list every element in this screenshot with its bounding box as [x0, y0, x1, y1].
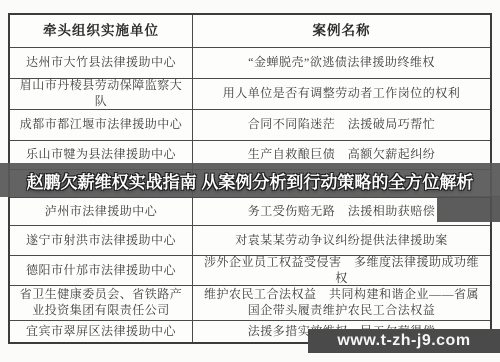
- org-cell: 德阳市什邡市法律援助中心: [10, 256, 193, 286]
- org-cell: 省卫生健康委员会、省铁路产业投资集团有限责任公司: [10, 286, 193, 321]
- org-cell: 达州市大竹县法律援助中心: [10, 48, 193, 79]
- case-name-cell: 维护农民工合法权益 共同构建和谐企业——省属国企带头履责维护农民工合法权益: [193, 286, 490, 321]
- watermark-badge: www.t-zh-j9.com: [308, 329, 500, 353]
- org-cell: 宜宾市翠屏区法律援助中心: [10, 321, 193, 342]
- case-name-cell: 用人单位是否有调整劳动者工作岗位的权利: [193, 79, 490, 110]
- table-header-org: 牵头组织实施单位: [10, 15, 193, 48]
- title-banner: 赵鹏欠薪维权实战指南 从案例分析到行动策略的全方位解析: [0, 163, 500, 197]
- case-name-cell: 对袁某某劳动争议纠纷提供法律援助案: [193, 226, 490, 256]
- page: 牵头组织实施单位 案例名称 达州市大竹县法律援助中心“金蝉脱壳”欲逃债法律援助终…: [0, 0, 500, 362]
- org-cell: 泸州市法律援助中心: [10, 198, 193, 226]
- org-cell: 成都市都江堰市法律援助中心: [10, 110, 193, 141]
- case-name-cell: 合同不同陷迷茫 法援破局巧帮忙: [193, 110, 490, 141]
- overlay-title-text: 赵鹏欠薪维权实战指南 从案例分析到行动策略的全方位解析: [27, 168, 474, 193]
- watermark-url-text: www.t-zh-j9.com: [337, 332, 470, 350]
- org-cell: 眉山市丹棱县劳动保障监察大队: [10, 79, 193, 110]
- org-cell: 遂宁市射洪市法律援助中心: [10, 226, 193, 256]
- title-banner-extension: [437, 196, 500, 222]
- case-name-cell: 涉外企业员工权益受侵害 多维度法律援助成功维权: [193, 256, 490, 286]
- table-header-case: 案例名称: [193, 15, 490, 48]
- case-name-cell: “金蝉脱壳”欲逃债法律援助终维权: [193, 48, 490, 79]
